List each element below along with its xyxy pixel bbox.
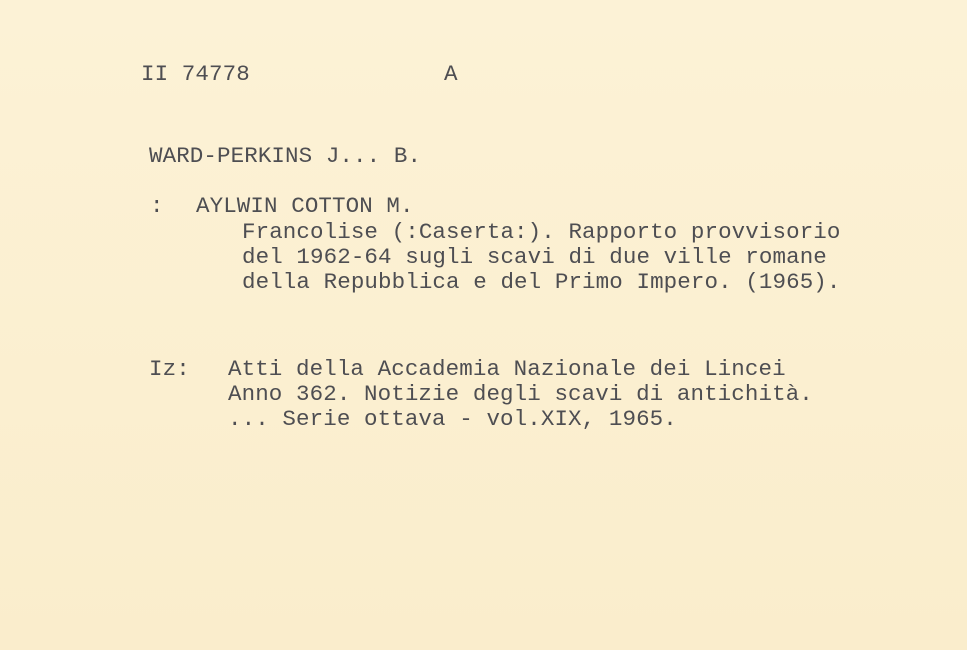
coauthor: AYLWIN COTTON M.: [196, 194, 414, 218]
source-line-3: ... Serie ottava - vol.XIX, 1965.: [228, 407, 677, 431]
source-label: Iz:: [149, 357, 190, 381]
title-line-1: Francolise (:Caserta:). Rapporto provvis…: [242, 220, 841, 244]
volume-letter: A: [444, 62, 458, 86]
title-line-3: della Repubblica e del Primo Impero. (19…: [242, 270, 841, 294]
coauthor-marker: :: [150, 194, 164, 218]
shelfmark: II 74778: [141, 62, 250, 86]
title-line-2: del 1962-64 sugli scavi di due ville rom…: [242, 245, 827, 269]
author: WARD-PERKINS J... B.: [149, 144, 421, 168]
catalog-card: II 74778 A WARD-PERKINS J... B. : AYLWIN…: [0, 0, 967, 650]
source-line-1: Atti della Accademia Nazionale dei Lince…: [228, 357, 786, 381]
source-line-2: Anno 362. Notizie degli scavi di antichi…: [228, 382, 813, 406]
